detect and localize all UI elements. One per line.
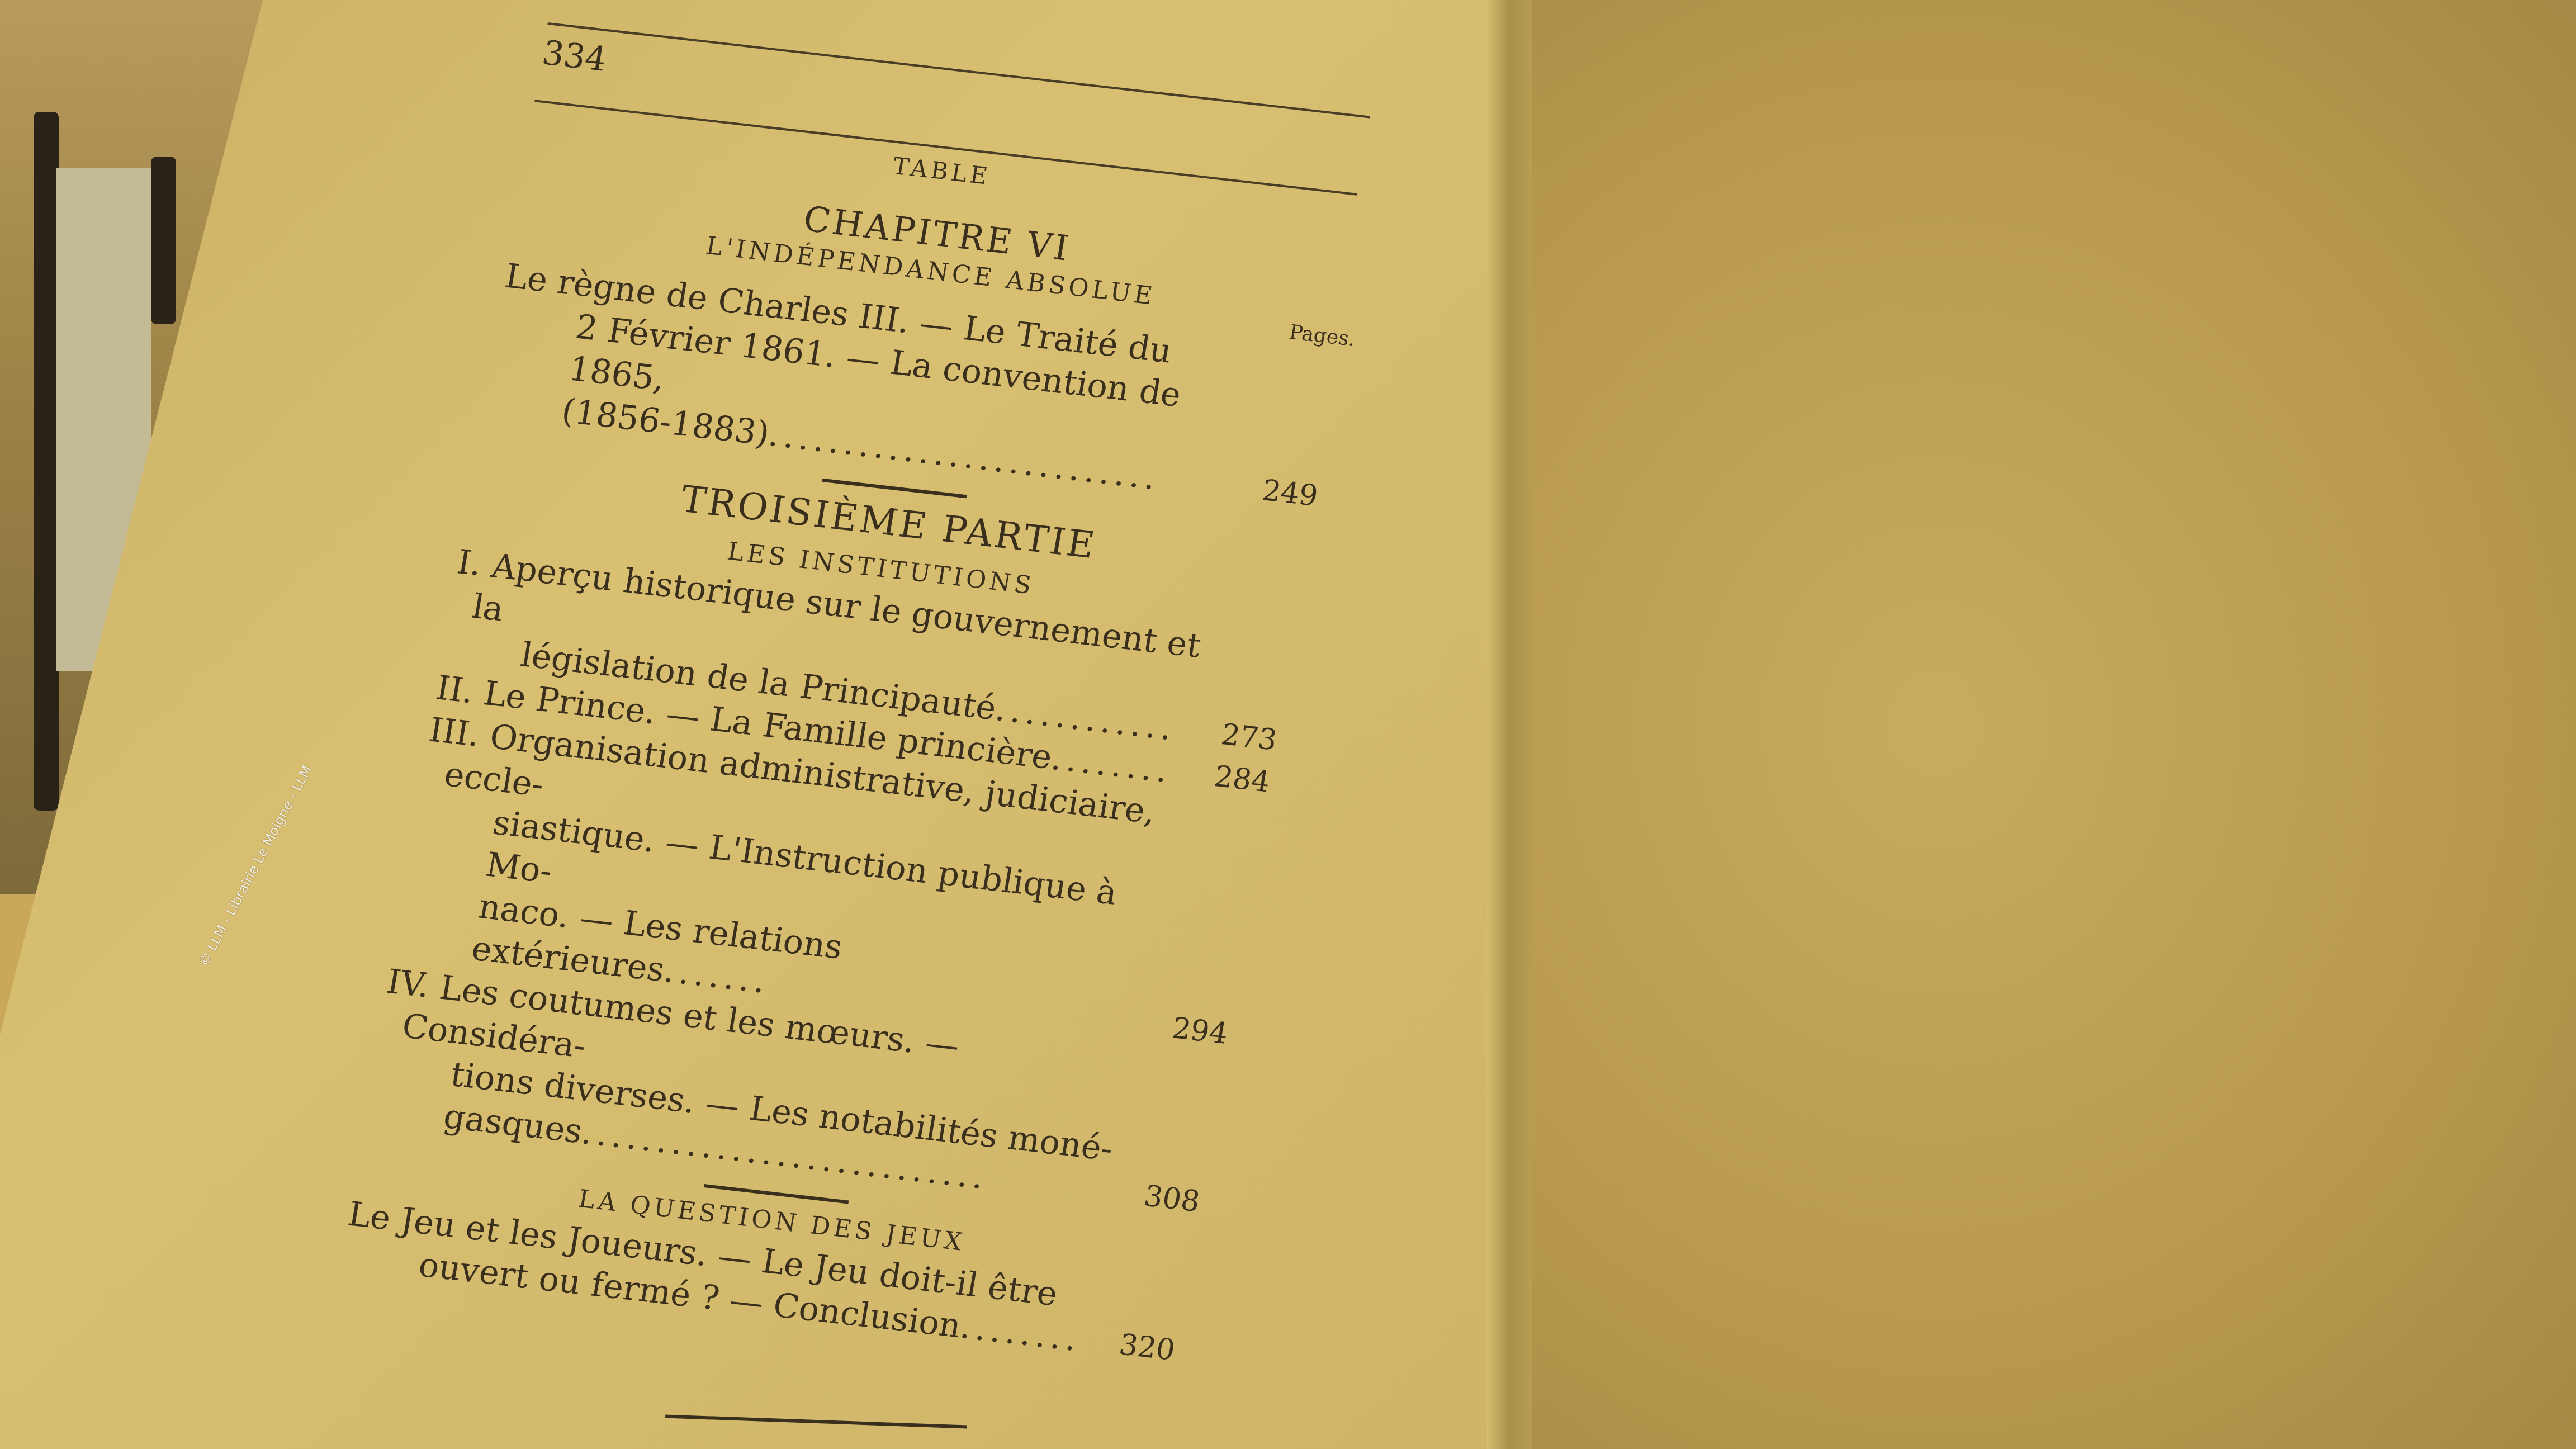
book-spine [34, 112, 59, 811]
entry-page-number: 249 [1259, 470, 1321, 518]
entry-page-number: 273 [1218, 713, 1280, 761]
entry-page-number: 320 [1116, 1323, 1178, 1371]
entry-page-number: 294 [1169, 1007, 1231, 1055]
page-number: 334 [539, 34, 609, 79]
book-spine [151, 157, 176, 324]
entry-page-number: 284 [1211, 755, 1273, 803]
entry-page-number: 308 [1141, 1175, 1203, 1223]
right-blank-page [1509, 0, 2576, 1449]
book-gutter [1487, 0, 1532, 1449]
